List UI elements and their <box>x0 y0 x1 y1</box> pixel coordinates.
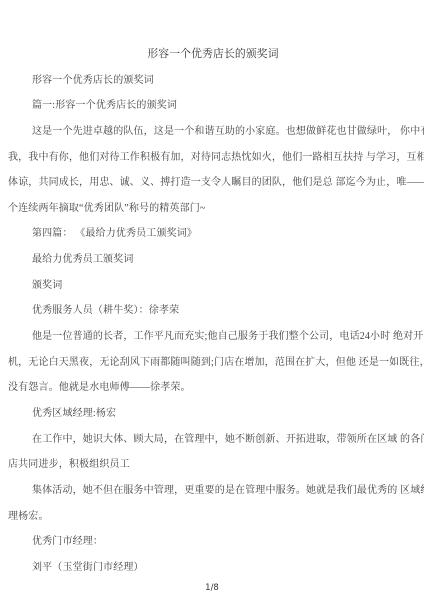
document-page: 形容一个优秀店长的颁奖词 形容一个优秀店长的颁奖词 篇一:形容一个优秀店长的颁奖… <box>0 0 424 600</box>
text-line: 篇一:形容一个优秀店长的颁奖词 <box>8 93 418 119</box>
text-line: 形容一个优秀店长的颁奖词 <box>8 68 418 94</box>
text-line: 优秀服务人员（耕牛奖）：徐孝荣 <box>8 298 418 324</box>
page-number-indicator: 1/8 <box>0 581 424 595</box>
text-line: 最给力优秀员工颁奖词 <box>8 247 418 273</box>
document-title: 形容一个优秀店长的颁奖词 <box>8 42 418 68</box>
text-line: 理杨宏。 <box>8 504 418 530</box>
text-line: 我，我中有你，他们对待工作积极有加，对待同志热忱如火，他们一路相互扶持 与学习，… <box>8 145 418 171</box>
text-line: 第四篇： 《最给力优秀员工颁奖词》 <box>8 221 418 247</box>
text-line: 颁奖词 <box>8 273 418 299</box>
text-line: 个连续两年摘取“优秀团队”称号的精英部门~ <box>8 196 418 222</box>
text-line: 没有怨言。他就是水电师傅——徐孝荣。 <box>8 375 418 401</box>
text-line: 优秀门市经理： <box>8 529 418 555</box>
text-line: 优秀区域经理:杨宏 <box>8 401 418 427</box>
text-line: 这是一个先进卓越的队伍，这是一个和谐互助的小家庭。也想做鲜花也甘做绿叶， 你中有 <box>8 119 418 145</box>
text-line: 机，无论白天黑夜，无论刮风下雨都随叫随到;门店在增加，范围在扩大，但他 还是一如… <box>8 350 418 376</box>
text-line: 集体活动，她不但在服务中管理，更重要的是在管理中服务。她就是我们最优秀的 区域经 <box>8 478 418 504</box>
text-line: 在工作中，她识大体、顾大局，在管理中，她不断创新、开拓进取，带领所在区域 的各门 <box>8 427 418 453</box>
text-line: 店共同进步，积极组织员工 <box>8 452 418 478</box>
document-body: 形容一个优秀店长的颁奖词 形容一个优秀店长的颁奖词 篇一:形容一个优秀店长的颁奖… <box>8 42 418 580</box>
text-line: 他是一位普通的长者，工作平凡而充实;他自己服务于我们整个公司，电话24小时 绝对… <box>8 324 418 350</box>
text-line: 刘平（玉堂街门市经理） <box>8 555 418 581</box>
text-line: 体谅，共同成长，用忠、诚、义、搏打造一支令人瞩目的团队，他们是总 部迄今为止，唯… <box>8 170 418 196</box>
